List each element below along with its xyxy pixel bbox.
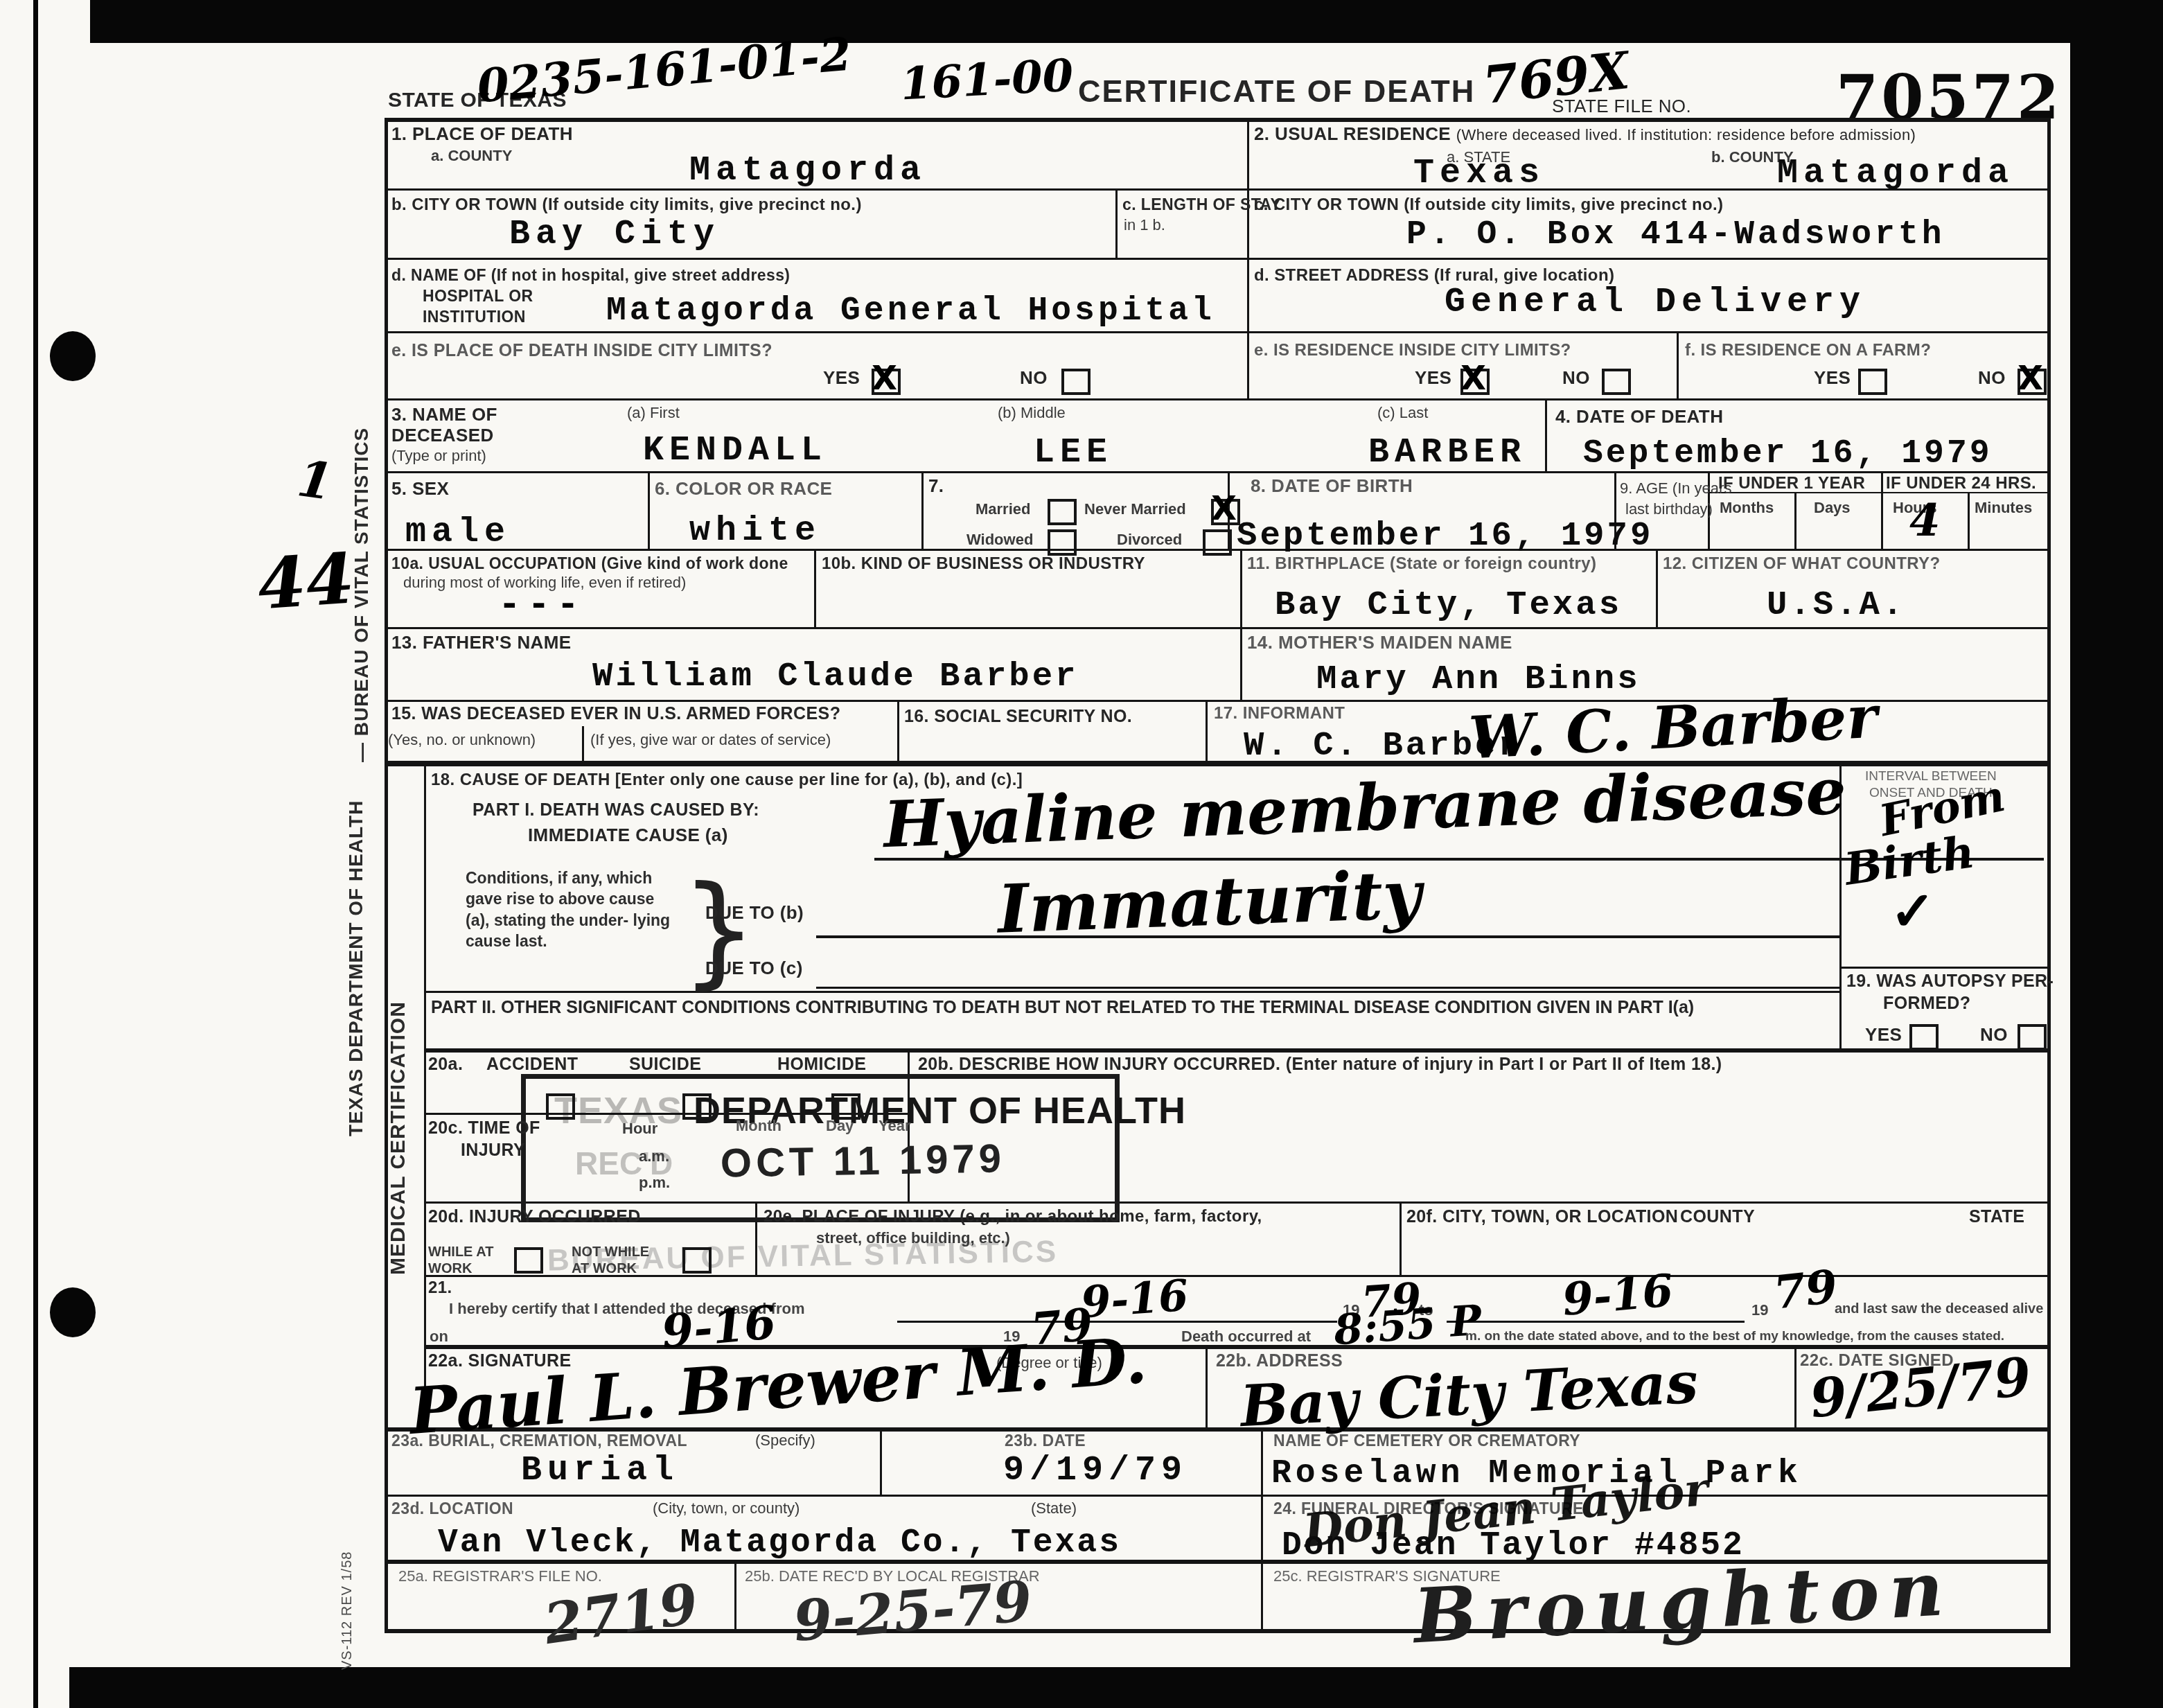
date-of-death-value: September 16, 1979: [1583, 435, 1992, 473]
citizen-label: 12. CITIZEN OF WHAT COUNTRY?: [1663, 554, 1941, 574]
grid-line: [814, 549, 816, 627]
hours-handwritten-value: 4: [1909, 495, 1941, 547]
autopsy-no-checkbox: [2018, 1024, 2047, 1050]
suicide-label: SUICIDE: [629, 1055, 701, 1075]
last-name-label: (c) Last: [1377, 404, 1428, 422]
hole-punch-top: [50, 331, 96, 381]
certificate-title: CERTIFICATE OF DEATH: [1078, 73, 1475, 109]
divorced-checkbox: [1203, 529, 1232, 556]
grid-line: [1656, 549, 1658, 627]
hospital-name-label3: INSTITUTION: [423, 308, 526, 326]
while-at-work-label: WHILE AT: [428, 1244, 493, 1260]
while-at-work-label2: WORK: [428, 1261, 472, 1277]
grid-line: [921, 471, 924, 549]
autopsy-no-label: NO: [1980, 1024, 2008, 1046]
stamp-texas-ghost: TEXAS: [554, 1090, 682, 1132]
due-to-c-label: DUE TO (c): [705, 958, 803, 979]
year-label: Year: [879, 1117, 911, 1135]
pm-label: p.m.: [639, 1174, 670, 1192]
residence-city-label: c. CITY OR TOWN (If outside city limits,…: [1254, 195, 1723, 215]
date-of-death-label: 4. DATE OF DEATH: [1555, 406, 1723, 428]
injury-20b-label: 20b. DESCRIBE HOW INJURY OCCURRED. (Ente…: [918, 1055, 1722, 1075]
burial-23a-specify: (Specify): [755, 1432, 815, 1450]
grid-line: [385, 118, 2051, 122]
date-of-birth-label: 8. DATE OF BIRTH: [1251, 475, 1413, 497]
grid-line: [385, 331, 2047, 333]
grid-line: [1794, 492, 1796, 549]
middle-name-value: LEE: [1034, 433, 1113, 473]
armed-forces-label: 15. WAS DECEASED EVER IN U.S. ARMED FORC…: [391, 704, 840, 724]
injury-20f-label: 20f. CITY, TOWN, OR LOCATION: [1406, 1207, 1678, 1227]
hospital-name-label: d. NAME OF (If not in hospital, give str…: [391, 266, 790, 285]
autopsy-label: 19. WAS AUTOPSY PER-: [1846, 971, 2054, 992]
minutes-label: Minutes: [1975, 499, 2032, 517]
widowed-checkbox: [1048, 529, 1077, 556]
sex-label: 5. SEX: [391, 478, 449, 500]
citizen-value: U.S.A.: [1767, 586, 1905, 624]
place-county-label: a. COUNTY: [431, 147, 512, 165]
name-of-deceased-label: 3. NAME OF: [391, 404, 497, 425]
margin-form-number: VS-112 REV 1/58: [339, 1476, 355, 1670]
certify-from-date: 9-16: [1079, 1270, 1190, 1328]
armed-forces-sub2: (If yes, give war or dates of service): [590, 731, 831, 749]
months-label: Months: [1720, 499, 1774, 517]
usual-residence-section-label: 2. USUAL RESIDENCE (Where deceased lived…: [1254, 123, 1916, 145]
location-sub1: (City, town, or county): [653, 1499, 800, 1517]
hospital-name-label2: HOSPITAL OR: [423, 287, 533, 306]
grid-line: [1240, 549, 1242, 700]
cemetery-label: NAME OF CEMETERY OR CREMATORY: [1273, 1432, 1580, 1450]
scan-left-line: [33, 0, 38, 1708]
grid-line: [1839, 967, 2047, 969]
grid-line: [2047, 118, 2051, 1633]
never-married-checkbox: X: [1211, 499, 1240, 525]
address-22b-label: 22b. ADDRESS: [1216, 1351, 1343, 1371]
injury-county-label: COUNTY: [1680, 1207, 1755, 1227]
name-of-deceased-sub: (Type or print): [391, 447, 486, 465]
residence-limits-label: e. IS RESIDENCE INSIDE CITY LIMITS?: [1254, 341, 1571, 360]
part2-label: PART II. OTHER SIGNIFICANT CONDITIONS CO…: [431, 998, 1694, 1018]
place-of-death-section-label: 1. PLACE OF DEATH: [391, 123, 573, 145]
grid-line: [1206, 700, 1208, 766]
widowed-label: Widowed: [966, 531, 1033, 549]
mother-name-label: 14. MOTHER'S MAIDEN NAME: [1247, 632, 1512, 653]
married-label: Married: [975, 500, 1030, 518]
margin-handwritten-1: 1: [294, 448, 336, 511]
last-name-value: BARBER: [1368, 433, 1526, 473]
grid-line: [582, 726, 584, 766]
place-limits-no-checkbox: [1061, 369, 1091, 395]
if-under-24-hrs-label: IF UNDER 24 HRS.: [1886, 474, 2036, 493]
grid-line: [1206, 1345, 1208, 1427]
interval-checkmark: ✓: [1890, 880, 1935, 943]
handwritten-code-b: 161-00: [899, 50, 1075, 111]
grid-line: [1400, 1201, 1402, 1275]
scan-right-band: [2070, 0, 2163, 1708]
armed-forces-sub1: (Yes, no. or unknown): [388, 731, 536, 749]
residence-limits-yes-checkbox: X: [1460, 369, 1490, 395]
due-c-underline: [816, 987, 1839, 989]
age-label: 9. AGE (In years: [1620, 479, 1731, 498]
residence-farm-yes-label: YES: [1814, 367, 1851, 389]
race-value: white: [689, 511, 821, 551]
informant-label: 17. INFORMANT: [1214, 704, 1345, 723]
marital-label: 7.: [928, 475, 944, 497]
certify-time: 8:55 P: [1332, 1296, 1483, 1355]
place-city-value: Bay City: [509, 215, 720, 254]
grid-line: [385, 398, 2047, 400]
grid-line: [424, 766, 426, 1427]
residence-limits-yes-mark: X: [1460, 359, 1486, 398]
grid-line: [880, 1427, 882, 1495]
length-of-stay-label2: in 1 b.: [1124, 216, 1165, 234]
due-to-b-label: DUE TO (b): [705, 902, 804, 924]
day-label: Day: [826, 1117, 854, 1135]
certify-19b: 19: [1751, 1301, 1768, 1319]
location-sub2: (State): [1031, 1499, 1077, 1517]
residence-state-value: Texas: [1413, 154, 1545, 193]
scan-top-band: [90, 0, 2163, 43]
cause-a-handwritten: Hyaline membrane disease: [883, 754, 1848, 862]
first-name-value: KENDALL: [643, 431, 827, 470]
margin-dept-text: TEXAS DEPARTMENT OF HEALTH: [345, 679, 367, 1136]
grid-line: [385, 1495, 2047, 1497]
grid-line: [1794, 1345, 1796, 1427]
certify-number: 21.: [428, 1278, 452, 1298]
injury-20a-label: 20a.: [428, 1055, 463, 1075]
immediate-cause-label: IMMEDIATE CAUSE (a): [528, 825, 728, 846]
grid-line: [424, 1048, 2047, 1053]
residence-farm-yes-checkbox: [1858, 369, 1887, 395]
not-while-at-work-label2: AT WORK: [572, 1261, 637, 1277]
injury-20e-label2: street, office building, etc.): [816, 1229, 1010, 1247]
grid-line: [1881, 471, 1883, 549]
grid-line: [385, 118, 388, 1633]
grid-line: [385, 258, 2047, 260]
residence-limits-no-checkbox: [1602, 369, 1631, 395]
residence-limits-yes-label: YES: [1415, 367, 1451, 389]
place-limits-no-label: NO: [1020, 367, 1048, 389]
occupation-handwritten-value: - - -: [502, 582, 576, 623]
age-label2: last birthday): [1625, 500, 1713, 518]
conditions-note: Conditions, if any, which gave rise to a…: [466, 868, 680, 951]
date-of-birth-value: September 16, 1979: [1237, 516, 1653, 555]
father-name-value: William Claude Barber: [592, 657, 1079, 696]
death-certificate-scan: — BUREAU OF VITAL STATISTICS TEXAS DEPAR…: [0, 0, 2163, 1708]
name-of-deceased-label2: DECEASED: [391, 425, 494, 446]
registrar-file-no-label: 25a. REGISTRAR'S FILE NO.: [398, 1567, 602, 1585]
grid-line: [1968, 492, 1970, 549]
conditions-brace: }: [680, 861, 757, 1001]
not-while-at-work-label: NOT WHILE: [572, 1244, 649, 1260]
part1-label: PART I. DEATH WAS CAUSED BY:: [473, 800, 759, 820]
autopsy-yes-label: YES: [1865, 1024, 1902, 1046]
divorced-label: Divorced: [1117, 531, 1182, 549]
mother-name-value: Mary Ann Binns: [1316, 660, 1641, 698]
residence-farm-label: f. IS RESIDENCE ON A FARM?: [1685, 341, 1931, 360]
burial-23b-date-label: 23b. DATE: [1005, 1432, 1086, 1450]
grid-line: [1261, 1427, 1263, 1629]
injury-state-label: STATE: [1969, 1207, 2024, 1227]
grid-line: [1247, 118, 1249, 398]
certify-on: on: [430, 1328, 448, 1346]
if-under-1-year-label: IF UNDER 1 YEAR: [1718, 474, 1865, 493]
hospital-name-value: Matagorda General Hospital: [606, 292, 1215, 330]
certify-text-3: Death occurred at: [1181, 1328, 1311, 1346]
residence-street-value: General Delivery: [1445, 283, 1866, 322]
father-name-label: 13. FATHER'S NAME: [391, 632, 572, 653]
birthplace-value: Bay City, Texas: [1275, 586, 1622, 624]
due-b-handwritten: Immaturity: [996, 855, 1422, 948]
hole-punch-bottom: [50, 1287, 96, 1337]
margin-handwritten-44: 44: [255, 537, 357, 625]
grid-line: [1677, 331, 1679, 398]
injury-20c-label: 20c. TIME OF: [428, 1118, 540, 1138]
residence-limits-no-label: NO: [1562, 367, 1590, 389]
middle-name-label: (b) Middle: [998, 404, 1066, 422]
certify-to-date: 9-16: [1560, 1265, 1675, 1326]
grid-line: [385, 627, 2047, 629]
am-label: a.m.: [639, 1147, 669, 1165]
never-married-mark: X: [1211, 489, 1237, 528]
injury-20e-label: 20e. PLACE OF INJURY (e.g., in or about …: [763, 1207, 1262, 1226]
occupation-label: 10a. USUAL OCCUPATION (Give kind of work…: [391, 554, 788, 573]
days-label: Days: [1814, 499, 1851, 517]
residence-city-value: P. O. Box 414-Wadsworth: [1406, 216, 1945, 254]
place-limits-label: e. IS PLACE OF DEATH INSIDE CITY LIMITS?: [391, 341, 772, 361]
autopsy-yes-checkbox: [1909, 1024, 1939, 1050]
usual-residence-label-sub: (Where deceased lived. If institution: r…: [1456, 126, 1916, 143]
residence-farm-no-mark: X: [2018, 359, 2043, 398]
month-label: Month: [736, 1117, 782, 1135]
location-23d-label: 23d. LOCATION: [391, 1499, 513, 1518]
sex-value: male: [405, 513, 511, 552]
hour-label: Hour: [622, 1120, 657, 1138]
place-city-label: b. CITY OR TOWN (If outside city limits,…: [391, 195, 862, 215]
race-label: 6. COLOR OR RACE: [655, 478, 832, 500]
autopsy-label2: FORMED?: [1883, 994, 1970, 1014]
burial-23a-label: 23a. BURIAL, CREMATION, REMOVAL: [391, 1432, 687, 1450]
state-file-no-label: STATE FILE NO.: [1552, 96, 1691, 117]
grid-line: [1545, 398, 1547, 471]
burial-date-value: 9/19/79: [1003, 1451, 1188, 1490]
birthplace-label: 11. BIRTHPLACE (State or foreign country…: [1247, 554, 1596, 574]
injury-20c-label2: INJURY: [461, 1141, 525, 1161]
residence-farm-no-checkbox: X: [2018, 369, 2047, 395]
injury-20d-label: 20d. INJURY OCCURRED: [428, 1207, 641, 1227]
while-at-work-checkbox: [514, 1247, 543, 1274]
state-file-no-stamp: 70572: [1836, 61, 2062, 133]
residence-county-value: Matagorda: [1777, 154, 2014, 193]
margin-medical-cert-text: MEDICAL CERTIFICATION: [387, 818, 410, 1275]
never-married-label: Never Married: [1084, 500, 1186, 518]
location-value: Van Vleck, Matagorda Co., Texas: [438, 1524, 1121, 1562]
not-while-at-work-checkbox: [682, 1247, 712, 1274]
residence-farm-no-label: NO: [1978, 367, 2006, 389]
usual-residence-label-text: 2. USUAL RESIDENCE: [1254, 123, 1451, 144]
ssn-label: 16. SOCIAL SECURITY NO.: [904, 707, 1132, 727]
place-limits-yes-mark: X: [872, 359, 897, 398]
certify-year-b: 79: [1771, 1259, 1840, 1319]
grid-line: [648, 471, 650, 549]
married-checkbox: [1048, 499, 1077, 525]
industry-label: 10b. KIND OF BUSINESS OR INDUSTRY: [822, 554, 1145, 574]
stamp-date-text: OCT 11 1979: [720, 1135, 1005, 1186]
grid-line: [424, 991, 1839, 993]
place-county-value: Matagorda: [689, 151, 926, 191]
accident-label: ACCIDENT: [486, 1055, 578, 1075]
scan-bottom-band: [69, 1667, 2163, 1708]
certify-text-2: and last saw the deceased alive: [1835, 1301, 2043, 1317]
homicide-label: HOMICIDE: [777, 1055, 866, 1075]
first-name-label: (a) First: [627, 404, 680, 422]
burial-type-value: Burial: [521, 1451, 679, 1490]
certify-text-4: m. on the date stated above, and to the …: [1465, 1329, 2004, 1344]
grid-line: [734, 1560, 736, 1629]
place-limits-yes-label: YES: [823, 367, 860, 389]
grid-line: [1115, 188, 1118, 258]
place-limits-yes-checkbox: X: [872, 369, 901, 395]
grid-line: [897, 700, 899, 766]
